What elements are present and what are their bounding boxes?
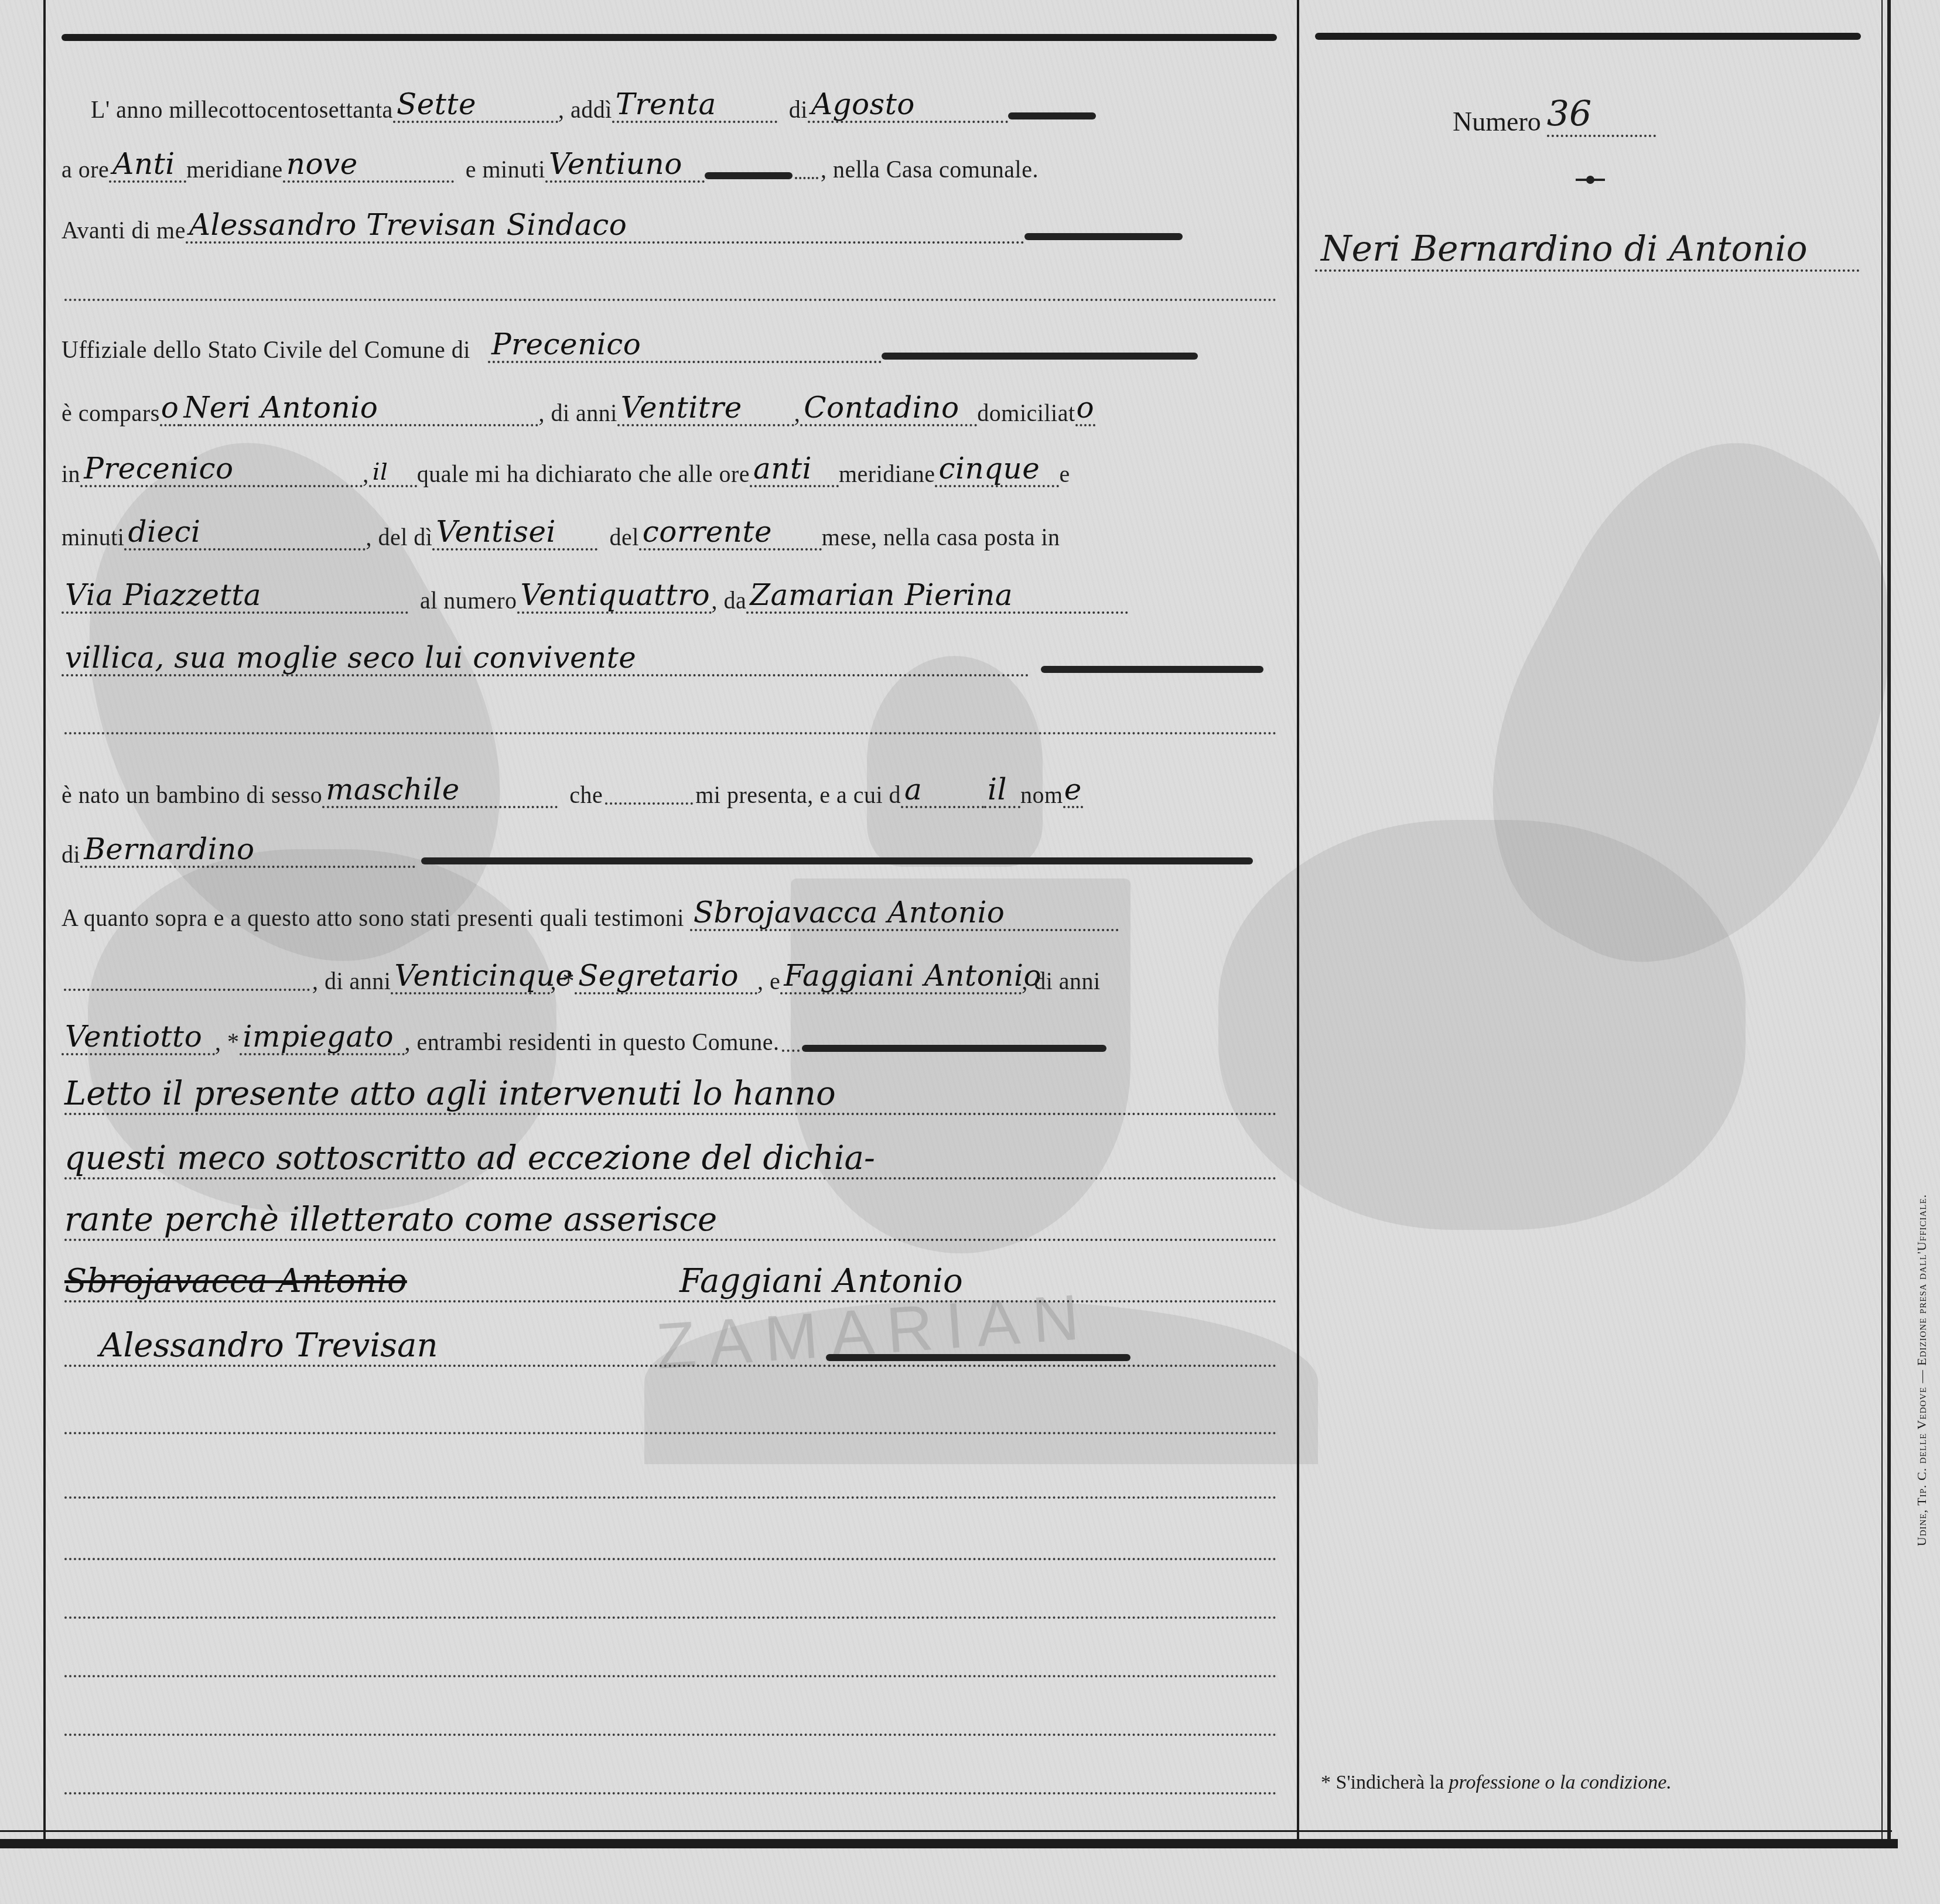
- field-eta-testimone-1: Venticinque: [391, 960, 550, 994]
- label-comma: ,: [794, 398, 801, 428]
- act-line-1: L' anno millecottocentosettanta Sette , …: [62, 88, 1277, 123]
- field-comparso-suffix: o: [160, 392, 180, 426]
- blank-line: [64, 732, 1277, 734]
- field-professione-testimone-2: impiegato: [240, 1021, 405, 1055]
- blank-line: [64, 1558, 1277, 1560]
- field-nome-suffix: e: [1063, 774, 1083, 808]
- act-line-8: Via Piazzetta al numero Ventiquattro , d…: [62, 579, 1277, 614]
- fill-dash: [882, 353, 1198, 360]
- right-border-thin: [1881, 0, 1883, 1839]
- fill-dash: [802, 1045, 1106, 1052]
- signature-line-officer: Alessandro Trevisan: [64, 1324, 1277, 1367]
- field-ora-nascita: cinque: [935, 453, 1059, 487]
- act-line-7: minuti dieci , del dì Ventisei del corre…: [62, 515, 1277, 551]
- fill-dash: [1024, 233, 1183, 240]
- field-professione-testimone-1: Segretario: [575, 960, 757, 994]
- footnote-middle: o la: [1545, 1772, 1576, 1793]
- field-nome-bambino: Bernardino: [80, 833, 415, 868]
- label-avanti-di-me: Avanti di me: [62, 215, 186, 245]
- field-numero-civico: Ventiquattro: [517, 579, 712, 614]
- watermark-shield: [791, 878, 1130, 1253]
- fill-dash: [421, 857, 1253, 864]
- label-di-anni: , di anni: [312, 966, 391, 996]
- fill-dash: [1008, 112, 1096, 119]
- label-casa-comunale: , nella Casa comunale.: [821, 154, 1039, 184]
- bottom-rule: [0, 1839, 1898, 1848]
- label-di: di: [62, 839, 80, 869]
- act-line-3: Avanti di me Alessandro Trevisan Sindaco: [62, 208, 1277, 244]
- label-di-anni: , di anni: [1022, 966, 1100, 996]
- margin-name: Neri Bernardino di Antonio: [1315, 223, 1860, 272]
- field-il: il: [369, 459, 417, 487]
- field-minuti-nascita: dieci: [124, 516, 366, 551]
- act-line-6: in Precenico , il quale mi ha dichiarato…: [62, 452, 1277, 487]
- field-eta-dichiarante: Ventitre: [617, 392, 794, 426]
- field-comune: Precenico: [488, 329, 882, 363]
- blank-line: [64, 1792, 1277, 1794]
- label-che: che: [569, 780, 603, 809]
- blank-line: [64, 1616, 1277, 1619]
- field-ore-nascita-ante: anti: [750, 453, 839, 487]
- label-domiciliato: domiciliat: [977, 398, 1075, 428]
- act-line-11: di Bernardino: [62, 833, 1277, 868]
- field-il-article: il: [984, 774, 1020, 808]
- footnote-text-before: S'indicherà la: [1336, 1772, 1444, 1793]
- closing-line-3: rante perchè illetterato come asserisce: [64, 1198, 1277, 1241]
- field-sesso: maschile: [322, 774, 558, 808]
- field-testimone-1: Sbrojavacca Antonio: [690, 897, 1119, 931]
- label-nato: è nato un bambino di sesso: [62, 780, 322, 809]
- label-casa-posta: mese, nella casa posta in: [822, 522, 1060, 552]
- blank-line: [64, 1675, 1277, 1677]
- label-in: in: [62, 459, 80, 488]
- act-line-12: A quanto sopra e a questo atto sono stat…: [62, 896, 1277, 931]
- field-minuti: Ventiuno: [545, 148, 705, 183]
- field-domicilio: Precenico: [80, 453, 363, 487]
- label-comparso: è compars: [62, 398, 160, 428]
- label-meridiane: meridiane: [839, 459, 935, 488]
- signature-line-witnesses: Sbrojavacca Antonio Faggiani Antonio: [64, 1259, 1277, 1303]
- footnote-condizione: condizione.: [1580, 1772, 1672, 1793]
- act-line-5: è compars o Neri Antonio , di anni Venti…: [62, 391, 1277, 426]
- label-e: e: [1059, 459, 1070, 488]
- printer-imprint: Udine, Tip. C. delle Vedove — Edizione p…: [1914, 1194, 1929, 1546]
- field-madre-condizione: villica, sua moglie seco lui convivente: [62, 642, 1029, 676]
- act-line-9: villica, sua moglie seco lui convivente: [62, 641, 1277, 676]
- top-rule-right: [1315, 33, 1861, 40]
- label-di-anni: , di anni: [538, 398, 617, 428]
- label-e: , e: [757, 966, 780, 996]
- bottom-rule-thin: [0, 1830, 1892, 1832]
- label-nome: nom: [1020, 780, 1063, 809]
- dotted-fill: [605, 802, 693, 805]
- field-giorno-nascita: Ventisei: [432, 516, 597, 551]
- top-rule-left: [62, 34, 1277, 41]
- blank-line: [64, 1432, 1277, 1434]
- field-ore-ante: Anti: [109, 148, 186, 183]
- closing-line-1: Letto il presente atto agli intervenuti …: [64, 1072, 1277, 1115]
- label-e-minuti: e minuti: [466, 154, 545, 184]
- label-presenta: mi presenta, e a cui d: [695, 780, 901, 809]
- act-line-10: è nato un bambino di sesso maschile che …: [62, 773, 1277, 808]
- label-comma-star: , *: [550, 966, 575, 996]
- label-testimoni: A quanto sopra e a questo atto sono stat…: [62, 903, 684, 932]
- field-da-suffix: a: [901, 774, 984, 808]
- closing-line-2: questi meco sottoscritto ad eccezione de…: [64, 1136, 1277, 1180]
- blank-line: [64, 1734, 1277, 1736]
- fill-dash: [705, 172, 793, 179]
- blank-line: [64, 1496, 1277, 1499]
- dotted-fill: [782, 1049, 800, 1052]
- field-mese-nascita: corrente: [639, 516, 822, 551]
- field-professione-dichiarante: Contadino: [800, 392, 977, 426]
- label-residenti: , entrambi residenti in questo Comune.: [405, 1027, 780, 1057]
- numero-value: 36: [1547, 94, 1656, 137]
- footnote-star: *: [1321, 1772, 1331, 1793]
- label-di: di: [789, 94, 808, 124]
- field-mese: Agosto: [808, 88, 1008, 123]
- margin-name-text: Neri Bernardino di Antonio: [1315, 228, 1808, 269]
- label-comma-star: , *: [215, 1027, 240, 1057]
- label-a-ore: a ore: [62, 154, 109, 184]
- fill-dash: [1041, 666, 1263, 673]
- label-addi: , addì: [558, 94, 612, 124]
- field-madre: Zamarian Pierina: [746, 579, 1128, 614]
- field-ora: nove: [283, 148, 454, 183]
- left-border: [43, 0, 46, 1839]
- column-divider: [1297, 0, 1299, 1839]
- label-uffiziale: Uffiziale dello Stato Civile del Comune …: [62, 334, 470, 364]
- field-giorno: Trenta: [612, 88, 777, 123]
- fill-dash: [826, 1354, 1130, 1361]
- field-domiciliato-suffix: o: [1075, 392, 1096, 426]
- field-anno: Sette: [393, 88, 558, 123]
- numero-label: Numero: [1453, 106, 1541, 137]
- act-line-14: Ventiotto , * impiegato , entrambi resid…: [62, 1020, 1277, 1055]
- field-ufficiale: Alessandro Trevisan Sindaco: [186, 209, 1024, 244]
- act-line-4: Uffiziale dello Stato Civile del Comune …: [62, 328, 1277, 363]
- label-da: , da: [712, 585, 747, 615]
- label-meridiane: meridiane: [186, 154, 282, 184]
- label-dichiarato: quale mi ha dichiarato che alle ore: [417, 459, 750, 488]
- field-testimone-2: Faggiani Antonio: [780, 960, 1022, 994]
- label-del: del: [609, 522, 638, 552]
- footnote: * S'indicherà la professione o la condiz…: [1321, 1772, 1672, 1794]
- act-line-13: , di anni Venticinque , * Segretario , e…: [62, 959, 1277, 994]
- label-anno: L' anno millecottocentosettanta: [91, 94, 393, 124]
- signature-witness-1: Sbrojavacca Antonio: [64, 1262, 592, 1300]
- right-border: [1887, 0, 1891, 1839]
- divider-ornament-icon: [1576, 179, 1605, 181]
- document-page: ZAMARIAN L' anno millecottocentosettanta…: [0, 0, 1940, 1904]
- footnote-professione: professione: [1449, 1772, 1541, 1793]
- signature-witness-2: Faggiani Antonio: [679, 1262, 963, 1300]
- field-eta-testimone-2: Ventiotto: [62, 1021, 215, 1055]
- field-dichiarante: Neri Antonio: [180, 392, 538, 426]
- label-comma: ,: [363, 459, 369, 488]
- label-minuti: minuti: [62, 522, 124, 552]
- blank-line: [64, 299, 1277, 301]
- label-al-numero: al numero: [420, 585, 517, 615]
- dotted-fill: [64, 988, 310, 991]
- label-del-di: , del dì: [366, 522, 432, 552]
- field-via: Via Piazzetta: [62, 579, 408, 614]
- dotted-fill: [795, 176, 818, 179]
- register-number: Numero 36: [1453, 94, 1656, 137]
- signature-officer: Alessandro Trevisan: [100, 1327, 802, 1365]
- act-line-2: a ore Anti meridiane nove e minuti Venti…: [62, 148, 1277, 183]
